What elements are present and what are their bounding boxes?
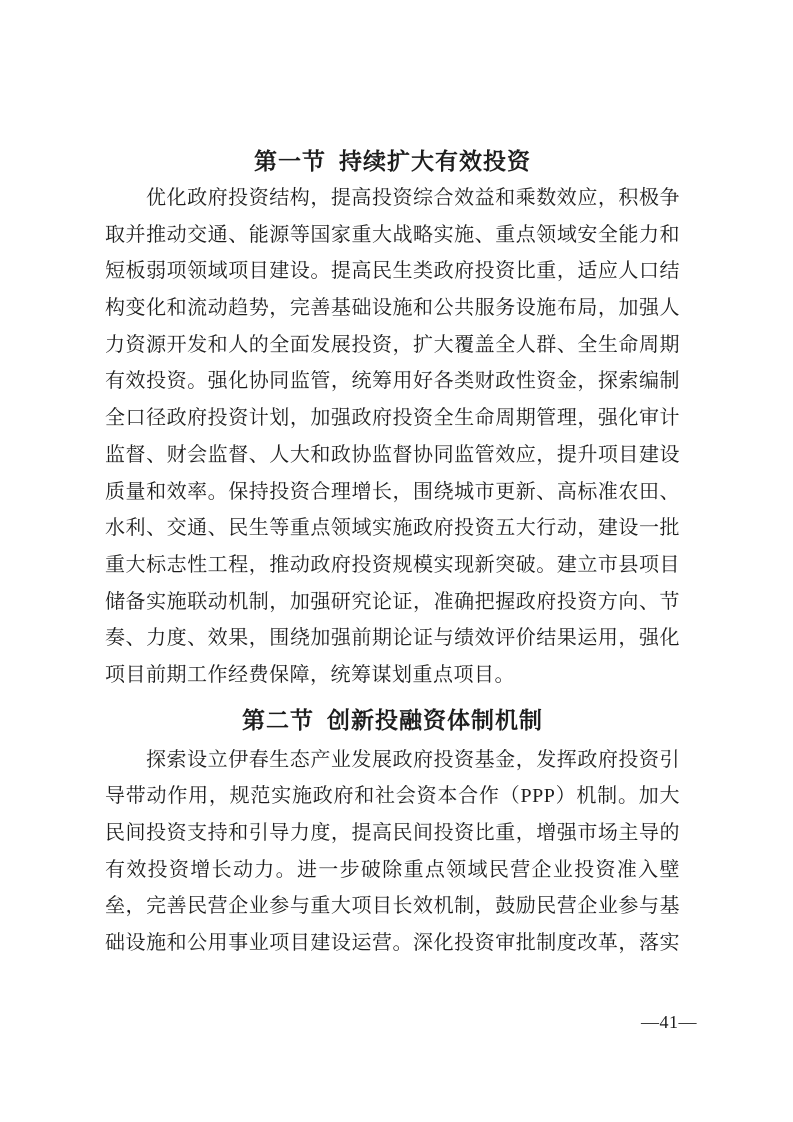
section-2-paragraph: 探索设立伊春生态产业发展政府投资基金，发挥政府投资引 导带动作用，规范实施政府和… — [105, 742, 680, 962]
body-line: 短板弱项领域项目建设。提高民生类政府投资比重，适应人口结 — [105, 253, 680, 290]
section-2-heading-title: 创新投融资体制机制 — [327, 708, 543, 733]
body-line: 构变化和流动趋势，完善基础设施和公共服务设施布局，加强人 — [105, 290, 680, 327]
body-line: 优化政府投资结构，提高投资综合效益和乘数效应，积极争 — [105, 180, 680, 217]
page-number: —41— — [641, 1010, 697, 1034]
body-line: 取并推动交通、能源等国家重大战略实施、重点领域安全能力和 — [105, 217, 680, 254]
body-line: 储备实施联动机制，加强研究论证，准确把握政府投资方向、节 — [105, 584, 680, 621]
section-2-heading: 第二节创新投融资体制机制 — [105, 702, 680, 739]
body-line: 项目前期工作经费保障，统筹谋划重点项目。 — [105, 657, 680, 694]
body-line: 导带动作用，规范实施政府和社会资本合作（PPP）机制。加大 — [105, 778, 680, 815]
body-line: 监督、财会监督、人大和政协监督协同监管效应，提升项目建设 — [105, 437, 680, 474]
body-line: 垒，完善民营企业参与重大项目长效机制，鼓励民营企业参与基 — [105, 888, 680, 925]
body-line: 全口径政府投资计划，加强政府投资全生命周期管理，强化审计 — [105, 400, 680, 437]
section-2-heading-number: 第二节 — [242, 708, 314, 733]
section-1-heading: 第一节持续扩大有效投资 — [105, 143, 680, 180]
section-1-heading-title: 持续扩大有效投资 — [339, 149, 531, 174]
body-line: 奏、力度、效果，围绕加强前期论证与绩效评价结果运用，强化 — [105, 620, 680, 657]
text-column: 第一节持续扩大有效投资 优化政府投资结构，提高投资综合效益和乘数效应，积极争 取… — [105, 143, 680, 962]
body-line: 民间投资支持和引导力度，提高民间投资比重，增强市场主导的 — [105, 815, 680, 852]
body-line: 水利、交通、民生等重点领域实施政府投资五大行动，建设一批 — [105, 510, 680, 547]
body-line: 有效投资。强化协同监管，统筹用好各类财政性资金，探索编制 — [105, 363, 680, 400]
body-line: 探索设立伊春生态产业发展政府投资基金，发挥政府投资引 — [105, 742, 680, 779]
section-1-paragraph: 优化政府投资结构，提高投资综合效益和乘数效应，积极争 取并推动交通、能源等国家重… — [105, 180, 680, 694]
body-line: 重大标志性工程，推动政府投资规模实现新突破。建立市县项目 — [105, 547, 680, 584]
body-line: 力资源开发和人的全面发展投资，扩大覆盖全人群、全生命周期 — [105, 327, 680, 364]
section-1-heading-number: 第一节 — [254, 149, 326, 174]
body-line: 质量和效率。保持投资合理增长，围绕城市更新、高标准农田、 — [105, 474, 680, 511]
body-line: 础设施和公用事业项目建设运营。深化投资审批制度改革，落实 — [105, 925, 680, 962]
document-page: 第一节持续扩大有效投资 优化政府投资结构，提高投资综合效益和乘数效应，积极争 取… — [0, 0, 793, 1122]
body-line: 有效投资增长动力。进一步破除重点领域民营企业投资准入壁 — [105, 852, 680, 889]
